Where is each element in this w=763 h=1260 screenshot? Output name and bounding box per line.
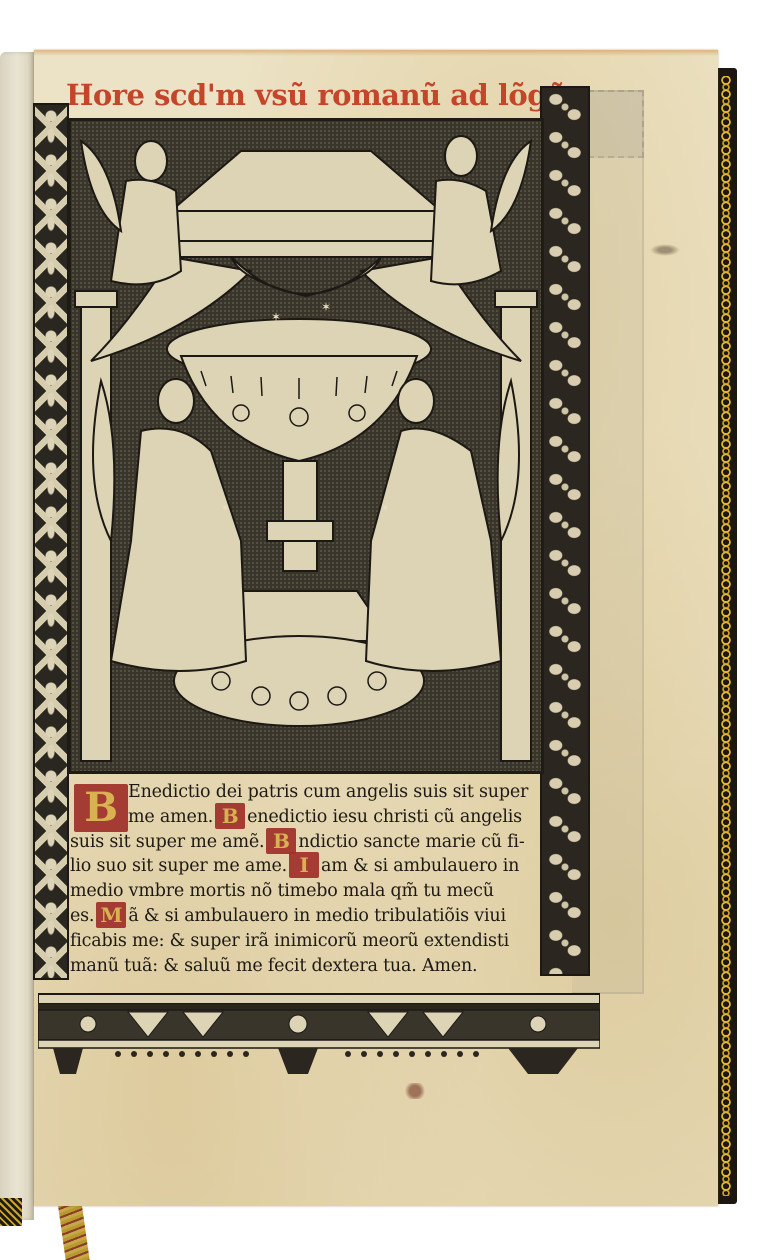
text-line: medio vmbre mortis nõ timebo mala qm̃ tu… [70, 879, 542, 904]
prayer-text: B Enedictio dei patris cum angelis suis … [70, 780, 542, 978]
text-line: Enedictio dei patris cum angelis suis si… [70, 780, 542, 805]
text-span: enedictio iesu christi cũ angelis [247, 807, 522, 827]
illuminated-initial: B [215, 803, 245, 829]
bookmark-ribbon [58, 1205, 90, 1260]
paper-stain [650, 244, 680, 256]
text-line: manũ tuã: & saluũ me fecit dextera tua. … [70, 954, 542, 979]
bottom-ornamental-frieze [38, 992, 600, 1078]
running-title: Hore scd'm vsũ romanũ ad lõgũ. [66, 78, 546, 112]
frieze-svg [38, 992, 600, 1078]
facing-page-gilt-edge [0, 1198, 22, 1226]
svg-text:✶: ✶ [321, 300, 331, 314]
svg-text:✶: ✶ [381, 503, 389, 514]
gilt-tooling [719, 76, 733, 1196]
illuminated-initial-b: B [74, 784, 128, 832]
text-span: ndictio sancte marie cũ fi- [298, 832, 524, 852]
angels-chalice-woodcut: ✶✶ ✶✶ [71, 121, 541, 771]
facing-page-edge [0, 52, 34, 1220]
text-span: am & si ambulauero in [321, 856, 519, 876]
illuminated-initial: I [289, 852, 319, 878]
paper-stain [404, 1083, 426, 1099]
text-span: manũ tuã: & saluũ me fecit dextera tua. … [70, 956, 477, 976]
svg-text:✶: ✶ [221, 503, 229, 514]
svg-text:✶: ✶ [271, 310, 281, 324]
text-line: es.Mã & si ambulauero in medio tribulati… [70, 904, 542, 929]
illuminated-initial: M [96, 902, 126, 928]
text-line: suis sit super me amẽ.Bndictio sancte ma… [70, 830, 542, 855]
text-span: Enedictio dei patris cum angelis suis si… [128, 782, 528, 802]
page-top-edge [34, 50, 718, 56]
text-span: me amen. [128, 807, 213, 827]
text-span: suis sit super me amẽ. [70, 832, 264, 852]
text-line: me amen.Benedictio iesu christi cũ angel… [70, 805, 542, 830]
text-span: ã & si ambulauero in medio tribulatiõis … [128, 906, 506, 926]
illuminated-initial: B [266, 828, 296, 854]
text-span: medio vmbre mortis nõ timebo mala qm̃ tu… [70, 881, 494, 901]
right-ornamental-border [540, 86, 590, 976]
text-span: ficabis me: & super irã inimicorũ meorũ … [70, 931, 509, 951]
left-ornamental-border [33, 103, 69, 980]
text-line: ficabis me: & super irã inimicorũ meorũ … [70, 929, 542, 954]
text-line: lio suo sit super me ame.Iam & si ambula… [70, 854, 542, 879]
text-span: lio suo sit super me ame. [70, 856, 287, 876]
woodcut-illustration: ✶✶ ✶✶ [68, 118, 544, 774]
text-span: es. [70, 906, 94, 926]
